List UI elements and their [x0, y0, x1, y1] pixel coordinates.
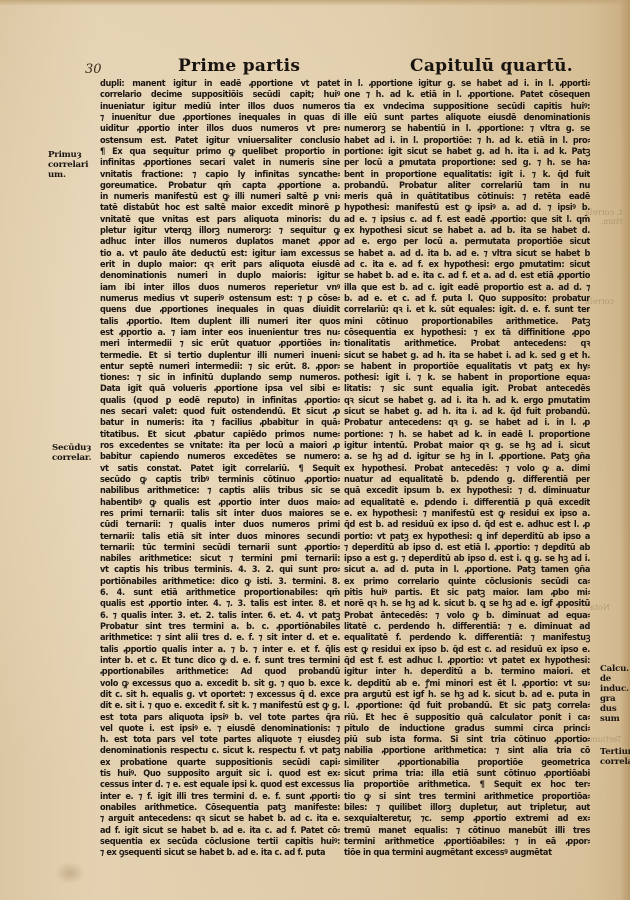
- text-line: ad e. ergo per locū a. permutata proport…: [344, 237, 590, 248]
- text-line: ternarii: talis etiā sit inter duos mino…: [100, 532, 340, 543]
- text-line: ipso a est g. ⁊ deperditū ab ipso d. est…: [344, 554, 590, 565]
- text-line: correlariū: qꝛ i. et k. sūt equales: igi…: [344, 305, 590, 316]
- text-line: tionalitatis arithmetice. Probat anteced…: [344, 339, 590, 350]
- text-line: dit e. sit i. ⁊ quo e. excedit f. sit k.…: [100, 701, 340, 712]
- text-line: 6. ⁊ qualis inter. 3. et. 2. talis inter…: [100, 611, 340, 622]
- text-line: ⁊ arguit antecedens: qꝛ sicut se habet b…: [100, 814, 340, 825]
- text-line: sexquialteretur, ⁊c. semꝑ ꝓportio extrem…: [344, 814, 590, 825]
- text-line: tatē distabūt hoc est saltē maior excedi…: [100, 203, 340, 214]
- text-line: nuatur ad equalitatē b. ꝑdendo g. differ…: [344, 475, 590, 486]
- text-line: denominationis numeri in duplo maioris: …: [100, 271, 340, 282]
- text-line: res primi ternarii: talis sit inter duos…: [100, 509, 340, 520]
- text-line: ad e. ⁊ ipsius c. ad f. est eadē ꝓportio…: [344, 215, 590, 226]
- text-line: tio a. vt paulo āte deductū est: igitur …: [100, 249, 340, 260]
- text-line: inter b. et c. Et tunc dico ꝙ d. e. f. s…: [100, 656, 340, 667]
- text-line: se habet a. ad d. ita b. ad e. ⁊ vltra s…: [344, 249, 590, 260]
- text-line: ad equalitatē e. ꝑdendo i. differentiā ꝑ…: [344, 498, 590, 509]
- text-line: ⁊ deperditū ab ipso d. est etiā l. ꝓport…: [344, 543, 590, 554]
- text-line: est tota pars aliquota ipsiꝰ b. vel tote…: [100, 713, 340, 724]
- text-line: litatis: ⁊ sic sunt equalia igit. Probat…: [344, 384, 590, 395]
- margin-note-tertium-correlarium: Tertium correlar.: [600, 747, 630, 767]
- text-line: pra argutū est igf h. se hꝫ ad k. sicut …: [344, 690, 590, 701]
- text-line: erit in duplo maior: qꝛ erit pars aliquo…: [100, 260, 340, 271]
- text-line: dupli: manent igitur in eadē ꝓportione v…: [100, 79, 340, 90]
- text-line: secūdo ꝙ captis tribꝰ terminis cōtinuo ꝓ…: [100, 475, 340, 486]
- left-text-column: dupli: manent igitur in eadē ꝓportione v…: [100, 79, 340, 860]
- text-line: biles: ⁊ quilibet illorꝫ dupletur, aut t…: [344, 803, 590, 814]
- text-line: sicut prima tria: illa etiā sunt cōtinuo…: [344, 769, 590, 780]
- text-line: se habet b. ad e. ita c. ad f. et a. ad …: [344, 271, 590, 282]
- text-line: pothesi: igit i. ⁊ k. se habent in propo…: [344, 373, 590, 384]
- text-line: tis huiꝰ. Quo supposito arguit sic i. qu…: [100, 769, 340, 780]
- text-line: qꝛ sicut se habet g. ad i. ita h. ad k. …: [344, 396, 590, 407]
- running-head-right: Capitulū quartū.: [410, 56, 573, 76]
- text-line: tiones: ⁊ sic in infinitū duplando semꝑ …: [100, 373, 340, 384]
- text-line: ad c. ita e. ad f. ex hypothesi: ergo ꝑm…: [344, 260, 590, 271]
- text-line: Probat āntecedēs: ⁊ volo ꝙ b. diminuat a…: [344, 611, 590, 622]
- text-line: ternarii: tūc termini secūdi ternarii su…: [100, 543, 340, 554]
- text-line: dit c. sit h. equalis g. vt oportet: ⁊ e…: [100, 690, 340, 701]
- text-line: tia ex vndecima suppositione secūdi capi…: [344, 102, 590, 113]
- right-text-column: in l. ꝓportione igitur g. se habet ad i.…: [344, 79, 590, 860]
- text-line: norē qꝛ h. se hꝫ ad k. sicut b. ꝗ se hꝫ …: [344, 599, 590, 610]
- text-line: nabilia ꝓportione arithmetica: ⁊ sint al…: [344, 746, 590, 757]
- text-line: 6. 4. sunt etiā arithmetice proportionab…: [100, 588, 340, 599]
- text-line: habet ad i. in l. proportiōe: ⁊ h. ad k.…: [344, 136, 590, 147]
- text-line: ex probatione quarte suppositionis secūd…: [100, 758, 340, 769]
- text-line: q̄d est f. est adhuc l. ꝓportio: vt pate…: [344, 656, 590, 667]
- text-line: a. se hꝫ ad d. igitur se hꝫ in l. ꝓporti…: [344, 452, 590, 463]
- text-line: vt captis his tribus terminis. 4. 3. 2. …: [100, 565, 340, 576]
- text-line: in l. ꝓportione igitur g. se habet ad i.…: [344, 79, 590, 90]
- text-line: ex primo correlario quinte cōclusionis s…: [344, 577, 590, 588]
- text-line: termedie. Et si tertio duplentur illi nu…: [100, 351, 340, 362]
- text-line: numerorꝫ se habentiū in l. ꝓportione: ⁊ …: [344, 124, 590, 135]
- text-line: meri intermedii ⁊ sic erūt quatuor ꝓport…: [100, 339, 340, 350]
- text-line: vnitatē que vnitas est pars aliquota min…: [100, 215, 340, 226]
- text-line: nabilibus arithmetice: ⁊ captis aliis tr…: [100, 486, 340, 497]
- text-line: litatē c. perdendo h. differentiā: ⁊ e. …: [344, 622, 590, 633]
- text-line: habentibꝰ ꝙ qualis est ꝓportio inter duo…: [100, 498, 340, 509]
- margin-note-calculator: Calcu. de induc. gra dus sum: [600, 664, 630, 724]
- text-line: pletur igitur vterqꝫ illorꝫ numerorꝫ: ⁊ …: [100, 226, 340, 237]
- show-through-text: Nota: [590, 603, 610, 612]
- text-line: uiditur ꝓportio inter illos duos numeros…: [100, 124, 340, 135]
- text-line: probandū. Probatur aliter correlariū tam…: [344, 181, 590, 192]
- text-line: quens due ꝓportiones inequales in quas d…: [100, 305, 340, 316]
- text-line: ⁊ inuenitur due ꝓportiones inequales in …: [100, 113, 340, 124]
- running-head-left: Prime partis: [178, 56, 300, 76]
- text-line: meris quā in quātitatibus cōtinuis: ⁊ re…: [344, 192, 590, 203]
- text-line: talis ꝓportio qualis inter a. ⁊ b. ⁊ int…: [100, 645, 340, 656]
- text-line: q̄d est b. ad residuū ex ipso d. q̄d est…: [344, 520, 590, 531]
- text-line: igitur inter h. deperditū a b. termino m…: [344, 667, 590, 678]
- text-line: ex hypothesi sicut se habet a. ad b. ita…: [344, 226, 590, 237]
- page-top-edge: [0, 0, 630, 6]
- text-line: sequentia ex secūda cōclusione tertii ca…: [100, 837, 340, 848]
- text-line: cessus inter d. ⁊ e. est equale ipsi k. …: [100, 780, 340, 791]
- text-line: b. ad e. et c. ad f. puta l. Quo supposi…: [344, 294, 590, 305]
- text-line: ros excedentes se vnitate: ita per locū …: [100, 441, 340, 452]
- text-line: hypothesi: manifestū est ꝙ ipsiꝰ a. ad d…: [344, 203, 590, 214]
- show-through-text: t. correlarium.: [585, 208, 622, 226]
- text-line: l. ꝓportione: q̄d fuit probandū. Et sic …: [344, 701, 590, 712]
- text-line: numerus medius vt superiꝰ ostensum est: …: [100, 294, 340, 305]
- book-page: t. correlarium. correla Nota Tertium 30 …: [0, 0, 630, 900]
- text-line: cōsequentia ex hypothesi: ⁊ ex tā diffin…: [344, 328, 590, 339]
- text-line: tio ꝙ si sint tres termini arithmetice p…: [344, 792, 590, 803]
- text-line: pitulo de inductione gradus summi circa …: [344, 724, 590, 735]
- text-line: onabiles arithmetice. Cōsequentia patꝫ m…: [100, 803, 340, 814]
- text-line: one ⁊ h. ad k. etiā in l. ꝓportione. Pat…: [344, 90, 590, 101]
- text-line: portio: vt patꝫ ex hypothesi: ꝗ inf depe…: [344, 532, 590, 543]
- text-line: portione: igit sicut se habet g. ad h. i…: [344, 147, 590, 158]
- text-line: cūdi ternarii: ⁊ qualis inter duos numer…: [100, 520, 340, 531]
- text-line: ⁊ ex ꝯsequenti sicut se habet b. ad e. i…: [100, 848, 340, 859]
- margin-note-primum-correlarium: Primuȝ correlari um.: [48, 150, 88, 180]
- text-line: equalitatē f. perdendo k. differentiā: ⁊…: [344, 633, 590, 644]
- margin-note-secundum-correlarium: Secūduȝ correlar.: [52, 443, 91, 463]
- text-line: vt satis constat. Patet igit correlariū.…: [100, 464, 340, 475]
- text-line: lia proportiōe arithmetica. ¶ Sequit ex …: [344, 780, 590, 791]
- text-line: nes secari valet: quod fuit ostendendū. …: [100, 407, 340, 418]
- text-line: sicut se habet g. ad h. ita i. ad k. q̄d…: [344, 407, 590, 418]
- text-line: mini cōtinuo proportionabiles arithmetic…: [344, 317, 590, 328]
- text-line: infinitas ꝓportiones secari valet in num…: [100, 158, 340, 169]
- text-line: sicut se habet g. ad h. ita se habet i. …: [344, 351, 590, 362]
- text-line: qualis (quod ꝑ eodē reputo) in infinitas…: [100, 396, 340, 407]
- text-line: per locū a ꝑmutata proportione: sed g. ⁊…: [344, 158, 590, 169]
- text-line: k. deꝑditū ab e. ꝭmi minori est ēt l. ꝓp…: [344, 679, 590, 690]
- text-line: vel quote i. est ipsiꝰ e. ⁊ eiusdē denom…: [100, 724, 340, 735]
- text-line: adhuc inter illos numeros duplatos manet…: [100, 237, 340, 248]
- text-line: babitur capiendo numeros excedētes se nu…: [100, 452, 340, 463]
- text-line: similiter ꝓportionabilia proportiōe geom…: [344, 758, 590, 769]
- text-line: ꝓportionabiles arithmetice: Ad quod prob…: [100, 667, 340, 678]
- text-line: volo ꝙ excessus quo a. excedit b. sit g.…: [100, 679, 340, 690]
- text-line: e. ex hypothesi: ⁊ manifestū est ꝙ resid…: [344, 509, 590, 520]
- text-line: qualis est ꝓportio inter. 4. ⁊. 3. talis…: [100, 599, 340, 610]
- text-line: tiōe in qua termini augmētant excessꝰ au…: [344, 848, 590, 859]
- text-line: vnitatis fractione: ⁊ capio ly infinitas…: [100, 170, 340, 181]
- text-line: h. est tota pars vel tote partes aliquot…: [100, 735, 340, 746]
- text-line: pitis huiꝰ partis. Et sic patꝫ maior. Ia…: [344, 588, 590, 599]
- text-line: Probatur sint tres termini a. b. c. ꝓpor…: [100, 622, 340, 633]
- text-line: denominationis respectu c. sicut k. resp…: [100, 746, 340, 757]
- text-line: ex hypothesi. Probat antecedēs: ⁊ volo ꝙ…: [344, 464, 590, 475]
- text-line: ille eiū sunt partes aliquote eiusdē den…: [344, 113, 590, 124]
- page-number: 30: [85, 62, 102, 77]
- text-line: termini arithmetice ꝓportiōabiles: ⁊ in …: [344, 837, 590, 848]
- text-line: illa que est b. ad c. igit eadē proporti…: [344, 283, 590, 294]
- text-line: riū. Et hec ē suppositio quā calculator …: [344, 713, 590, 724]
- text-line: batur in numeris: ita ⁊ facilius ꝓbabitu…: [100, 418, 340, 429]
- text-line: Data igit quā volueris ꝓportione ipsa ve…: [100, 384, 340, 395]
- text-line: igitur intentū. Probat maior qꝛ g. se hꝫ…: [344, 441, 590, 452]
- text-line: portiōnabiles arithmetice: dico ꝙ isti. …: [100, 577, 340, 588]
- show-through-text: Tertium: [590, 735, 622, 744]
- text-line: inter e. ⁊ f. igit illi tres termini d. …: [100, 792, 340, 803]
- text-line: quā excedit ipsum b. ex hypothesi: ⁊ d. …: [344, 486, 590, 497]
- text-line: se habent in proportiōe equalitatis vt p…: [344, 362, 590, 373]
- text-line: bent in proportione equalitatis: igit i.…: [344, 170, 590, 181]
- text-line: in numeris manifestū est ꝙ illi numeri s…: [100, 192, 340, 203]
- text-line: goreumatice. Probatur qm̄ capta ꝓportion…: [100, 181, 340, 192]
- text-line: talis ꝓportio. Item duplent illi numeri …: [100, 317, 340, 328]
- text-line: est ꝓportio a. ⁊ iam inter eos inuenient…: [100, 328, 340, 339]
- text-line: Probatur antecedens: qꝛ g. se habet ad i…: [344, 418, 590, 429]
- text-line: tremū manet equalis: ⁊ cōtinuo manebūt i…: [344, 826, 590, 837]
- text-line: ¶ Ex qua sequitur primo ꝙ quelibet propo…: [100, 147, 340, 158]
- text-line: piū sub ista forma. Si sint tria cōtinuo…: [344, 735, 590, 746]
- text-line: ostensum est. Patet igitur vniuersaliter…: [100, 136, 340, 147]
- text-line: entur septē numeri intermedii: ⁊ sic erū…: [100, 362, 340, 373]
- text-line: arithmetice: ⁊ sint alii tres d. e. f. ⁊…: [100, 633, 340, 644]
- text-line: correlario decime suppositiōis secūdi ca…: [100, 90, 340, 101]
- text-line: nabiles arithmetice: sicut ⁊ termini ꝑmi…: [100, 554, 340, 565]
- paper-stain: [55, 862, 85, 884]
- text-line: titatibus. Et sicut ꝓbatur capiēdo primo…: [100, 430, 340, 441]
- text-line: est ꝙ residui ex ipso b. q̄d est c. ad r…: [344, 645, 590, 656]
- text-line: sicut a. ad d. puta in l. ꝓportione. Pat…: [344, 565, 590, 576]
- text-line: ad f. igit sicut se habet b. ad e. ita c…: [100, 826, 340, 837]
- text-line: iam ibi inter illos duos numeros reperie…: [100, 283, 340, 294]
- text-line: portione: ⁊ h. se habet ad k. in eadē l.…: [344, 430, 590, 441]
- text-line: inueniatur igitur mediū inter illos duos…: [100, 102, 340, 113]
